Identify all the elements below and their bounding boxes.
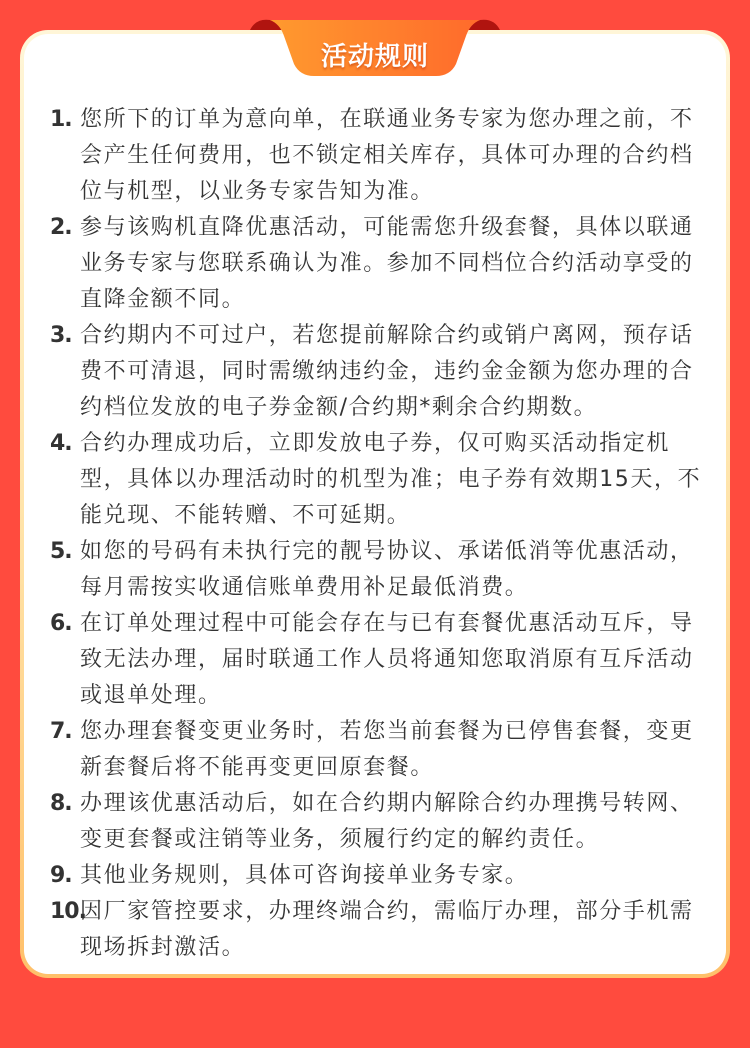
- rule-item: 4. 合约办理成功后，立即发放电子券，仅可购买活动指定机型，具体以办理活动时的机…: [50, 426, 710, 534]
- rule-number: 7.: [50, 714, 80, 750]
- rule-text: 参与该购机直降优惠活动，可能需您升级套餐，具体以联通业务专家与您联系确认为准。参…: [80, 210, 710, 318]
- title-ribbon: 活动规则: [248, 16, 502, 80]
- rule-text: 其他业务规则，具体可咨询接单业务专家。: [80, 858, 710, 894]
- rule-number: 8.: [50, 786, 80, 822]
- rule-number: 9.: [50, 858, 80, 894]
- rule-number: 1.: [50, 102, 80, 138]
- rule-text: 合约期内不可过户，若您提前解除合约或销户离网，预存话费不可清退，同时需缴纳违约金…: [80, 318, 710, 426]
- page-title: 活动规则: [248, 36, 502, 73]
- rule-number: 3.: [50, 318, 80, 354]
- rule-text: 在订单处理过程中可能会存在与已有套餐优惠活动互斥，导致无法办理，届时联通工作人员…: [80, 606, 710, 714]
- rule-number: 4.: [50, 426, 80, 462]
- rules-card-body: 1. 您所下的订单为意向单，在联通业务专家为您办理之前，不会产生任何费用，也不锁…: [24, 34, 726, 974]
- rule-text: 如您的号码有未执行完的靓号协议、承诺低消等优惠活动，每月需按实收通信账单费用补足…: [80, 534, 710, 606]
- rule-number: 2.: [50, 210, 80, 246]
- rule-item: 1. 您所下的订单为意向单，在联通业务专家为您办理之前，不会产生任何费用，也不锁…: [50, 102, 710, 210]
- rules-card: 1. 您所下的订单为意向单，在联通业务专家为您办理之前，不会产生任何费用，也不锁…: [20, 30, 730, 978]
- rule-item: 6. 在订单处理过程中可能会存在与已有套餐优惠活动互斥，导致无法办理，届时联通工…: [50, 606, 710, 714]
- rule-item: 7. 您办理套餐变更业务时，若您当前套餐为已停售套餐，变更新套餐后将不能再变更回…: [50, 714, 710, 786]
- rule-item: 10. 因厂家管控要求，办理终端合约，需临厅办理，部分手机需现场拆封激活。: [50, 894, 710, 966]
- rule-text: 因厂家管控要求，办理终端合约，需临厅办理，部分手机需现场拆封激活。: [80, 894, 710, 966]
- rule-number: 5.: [50, 534, 80, 570]
- rule-text: 您所下的订单为意向单，在联通业务专家为您办理之前，不会产生任何费用，也不锁定相关…: [80, 102, 710, 210]
- rule-text: 您办理套餐变更业务时，若您当前套餐为已停售套餐，变更新套餐后将不能再变更回原套餐…: [80, 714, 710, 786]
- rules-list: 1. 您所下的订单为意向单，在联通业务专家为您办理之前，不会产生任何费用，也不锁…: [50, 102, 710, 966]
- rule-item: 8. 办理该优惠活动后，如在合约期内解除合约办理携号转网、变更套餐或注销等业务，…: [50, 786, 710, 858]
- rule-text: 办理该优惠活动后，如在合约期内解除合约办理携号转网、变更套餐或注销等业务，须履行…: [80, 786, 710, 858]
- rule-item: 5. 如您的号码有未执行完的靓号协议、承诺低消等优惠活动，每月需按实收通信账单费…: [50, 534, 710, 606]
- rule-item: 3. 合约期内不可过户，若您提前解除合约或销户离网，预存话费不可清退，同时需缴纳…: [50, 318, 710, 426]
- rule-text: 合约办理成功后，立即发放电子券，仅可购买活动指定机型，具体以办理活动时的机型为准…: [80, 426, 710, 534]
- rule-item: 2. 参与该购机直降优惠活动，可能需您升级套餐，具体以联通业务专家与您联系确认为…: [50, 210, 710, 318]
- rule-number: 6.: [50, 606, 80, 642]
- rule-number: 10.: [50, 894, 80, 930]
- rule-item: 9. 其他业务规则，具体可咨询接单业务专家。: [50, 858, 710, 894]
